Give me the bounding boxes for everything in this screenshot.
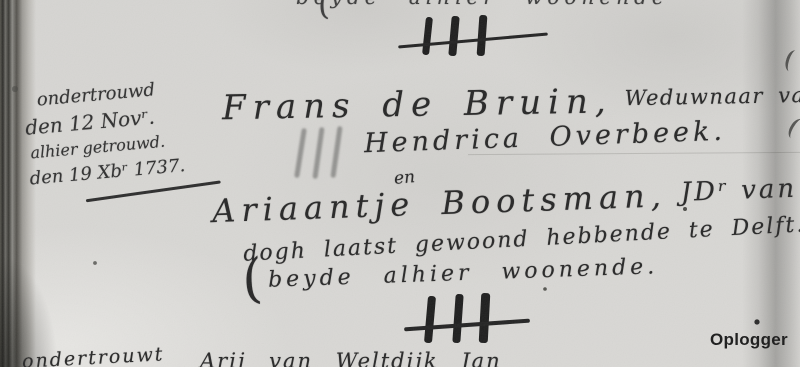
tally-stroke bbox=[448, 16, 459, 57]
tally-stroke bbox=[312, 127, 324, 179]
ink-specks bbox=[0, 0, 2, 2]
oplogger-watermark: Oplogger bbox=[710, 330, 788, 350]
tally-cross-line bbox=[398, 32, 548, 48]
tally-stroke bbox=[479, 293, 491, 343]
tally-stroke bbox=[294, 128, 307, 178]
tally-stroke bbox=[424, 296, 436, 344]
margin-note: ondertrouwd den 12 Novʳ. alhier getrouwd… bbox=[22, 71, 230, 192]
tally-stroke bbox=[330, 126, 342, 178]
tally-stroke bbox=[422, 17, 433, 56]
bride-origin: JDʳ van Lopik, bbox=[680, 170, 800, 208]
groom-status: Weduwnaar van bbox=[624, 83, 800, 110]
tally-stroke bbox=[477, 15, 488, 56]
scanned-marriage-register-page: ( beyde alhier woonende ondertrouwd den … bbox=[0, 0, 800, 367]
tally-cross-line bbox=[404, 319, 530, 331]
tally-stroke bbox=[452, 294, 463, 343]
tally-mark-middle-faint bbox=[292, 126, 354, 184]
tally-mark-top-crossed bbox=[396, 13, 552, 61]
next-entry-clipped-right: Arij van Weltdijk Jan bbox=[200, 349, 502, 367]
previous-entry-clipped-line: beyde alhier woonende bbox=[296, 0, 669, 9]
tally-mark-bottom-crossed bbox=[402, 291, 544, 349]
